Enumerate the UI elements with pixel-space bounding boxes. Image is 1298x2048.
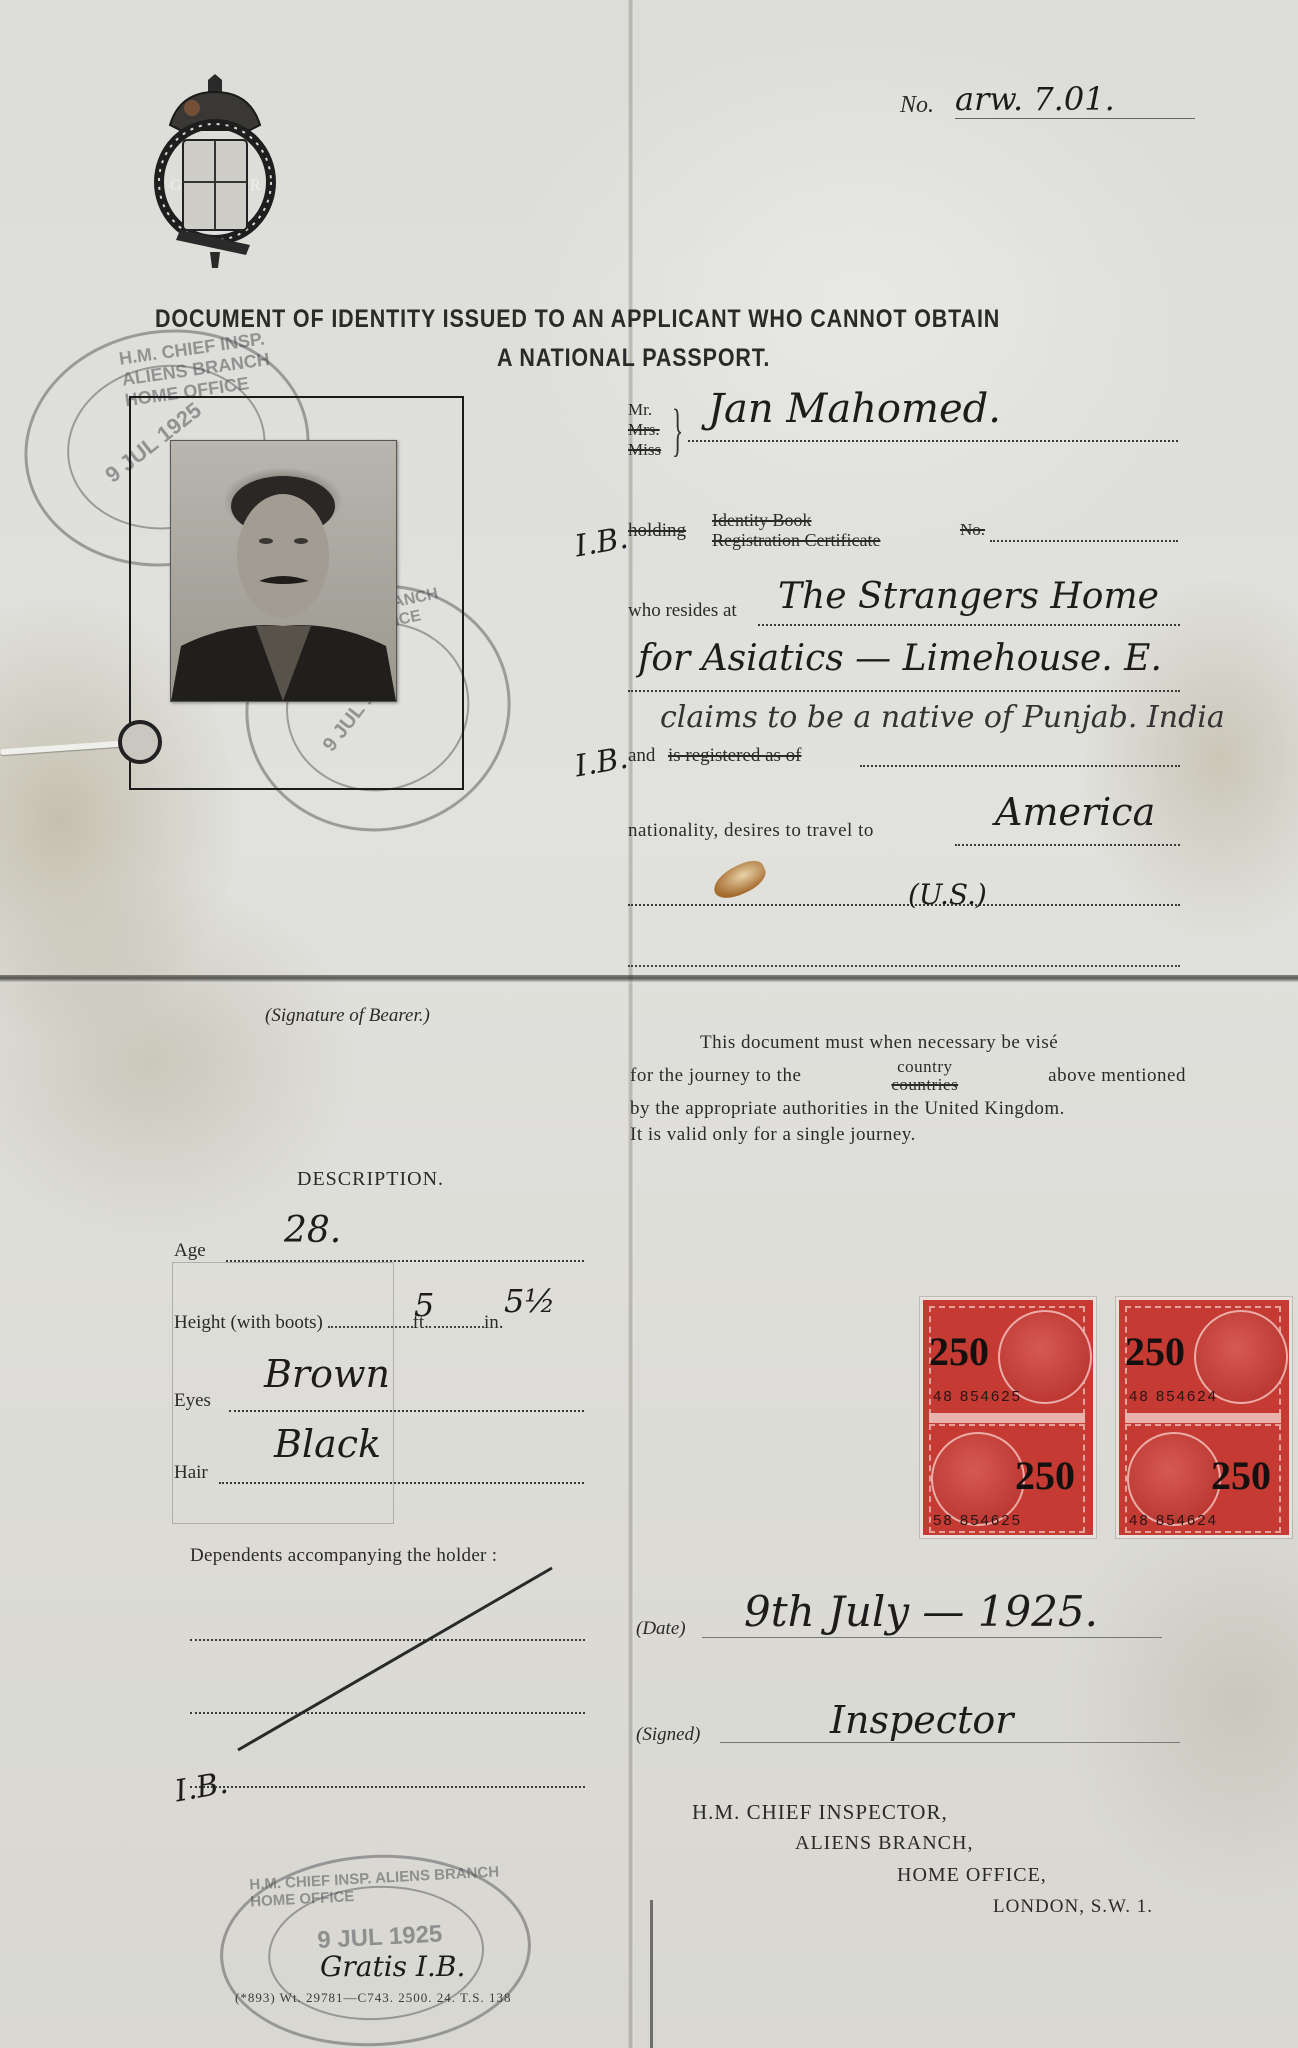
issuer-line-2: ALIENS BRANCH, bbox=[795, 1832, 973, 1855]
print-code: (*893) Wt. 29781—C743. 2500. 24. T.S. 13… bbox=[235, 1990, 511, 2006]
dependents-line-3 bbox=[190, 1772, 585, 1788]
holding-identity-book: Identity Book bbox=[712, 510, 880, 530]
resides-label: who resides at bbox=[628, 600, 737, 622]
age-label: Age bbox=[174, 1240, 206, 1261]
blank-line bbox=[628, 965, 1180, 967]
notice-line-4: It is valid only for a single journey. bbox=[630, 1122, 1186, 1148]
holding-label: holding bbox=[628, 520, 686, 542]
date-value: 9th July — 1925. bbox=[744, 1587, 1098, 1636]
notice-line-2-pre: for the journey to the bbox=[630, 1063, 801, 1089]
and-label: and bbox=[628, 745, 655, 767]
age-value: 28. bbox=[284, 1210, 341, 1251]
signature-of-bearer-label: (Signature of Bearer.) bbox=[265, 1005, 430, 1027]
dependents-strike-line bbox=[230, 1560, 560, 1760]
destination-note: (U.S.) bbox=[908, 878, 987, 911]
height-ft-value: 5 bbox=[414, 1286, 434, 1324]
stamp-1-serial-bottom: 58 854625 bbox=[933, 1512, 1022, 1529]
document-title-line2: A NATIONAL PASSPORT. bbox=[497, 344, 770, 373]
svg-text:R: R bbox=[250, 177, 261, 194]
svg-text:G: G bbox=[170, 177, 182, 194]
address-line-1: The Strangers Home bbox=[758, 602, 1180, 626]
signed-label: (Signed) bbox=[636, 1724, 700, 1746]
validity-notice: This document must when necessary be vis… bbox=[630, 1030, 1186, 1148]
height-in-value: 5½ bbox=[504, 1282, 555, 1320]
signed-line: Inspector bbox=[720, 1742, 1180, 1743]
stamp-2-serial-bottom: 48 854624 bbox=[1129, 1512, 1218, 1529]
destination-line: America bbox=[955, 822, 1180, 846]
nationality-label: nationality, desires to travel to bbox=[628, 820, 874, 842]
holding-no-label: No. bbox=[960, 520, 985, 540]
destination-value: America bbox=[995, 790, 1155, 834]
notice-country-inserted: country bbox=[897, 1058, 952, 1076]
signed-value: Inspector bbox=[830, 1698, 1013, 1742]
name-line: Jan Mahomed. bbox=[688, 412, 1178, 442]
registered-line bbox=[860, 745, 1180, 767]
notice-line-1: This document must when necessary be vis… bbox=[630, 1030, 1186, 1056]
holding-registration-certificate: Registration Certificate bbox=[712, 530, 880, 550]
salutation-miss: Miss bbox=[628, 440, 661, 460]
address-line-2: for Asiatics — Limehouse. E. bbox=[628, 668, 1180, 692]
holding-options: Identity Book Registration Certificate bbox=[712, 510, 880, 550]
document-number-value: arw. 7.01. bbox=[955, 80, 1195, 119]
notice-line-2-post: above mentioned bbox=[1048, 1063, 1186, 1089]
notice-country-choice: country countries bbox=[891, 1058, 958, 1094]
stamp-1-serial-top: 48 854625 bbox=[933, 1388, 1022, 1405]
in-label: in. bbox=[484, 1312, 504, 1333]
binding-grommet-icon bbox=[118, 720, 162, 764]
faint-box-outline bbox=[172, 1262, 394, 1524]
revenue-stamp-1: 250 250 48 854625 58 854625 bbox=[920, 1297, 1096, 1538]
issuer-line-4: LONDON, S.W. 1. bbox=[993, 1896, 1153, 1918]
address-value-1: The Strangers Home bbox=[778, 576, 1159, 617]
salutation-mrs: Mrs. bbox=[628, 420, 661, 440]
holding-no-line bbox=[990, 520, 1178, 542]
issuer-line-3: HOME OFFICE, bbox=[897, 1864, 1047, 1887]
gratis-note: Gratis I.B. bbox=[320, 1950, 465, 1983]
document-number-label: No. bbox=[900, 92, 934, 119]
stamp-1-bottom-value: 250 bbox=[1015, 1452, 1075, 1499]
date-label: (Date) bbox=[636, 1618, 686, 1640]
salutation-list: Mr. Mrs. Miss bbox=[628, 400, 661, 460]
bearer-photo bbox=[170, 440, 397, 702]
notice-line-3: by the appropriate authorities in the Un… bbox=[630, 1096, 1186, 1122]
royal-coat-of-arms-icon: G R bbox=[150, 70, 280, 270]
notice-line-2: for the journey to the country countries… bbox=[630, 1056, 1186, 1096]
date-line: 9th July — 1925. bbox=[702, 1637, 1162, 1638]
notice-countries-struck: countries bbox=[891, 1076, 958, 1094]
stamp-2-serial-top: 48 854624 bbox=[1129, 1388, 1218, 1405]
salutation-mr: Mr. bbox=[628, 400, 661, 420]
stamp-1-top-value: 250 bbox=[929, 1328, 989, 1375]
stamp-2-bottom-value: 250 bbox=[1211, 1452, 1271, 1499]
description-heading: DESCRIPTION. bbox=[297, 1168, 444, 1191]
registered-label: is registered as of bbox=[668, 745, 801, 767]
horizontal-fold bbox=[0, 975, 1298, 983]
description-age-row: Age 28. bbox=[174, 1240, 584, 1262]
revenue-stamp-2: 250 250 48 854624 48 854624 bbox=[1116, 1297, 1292, 1538]
salutation-brace: } bbox=[672, 400, 683, 460]
holder-name: Jan Mahomed. bbox=[708, 386, 1001, 432]
destination-line-2: (U.S.) bbox=[628, 882, 1180, 906]
address-value-2: for Asiatics — Limehouse. E. bbox=[638, 638, 1162, 679]
stamp-2-top-value: 250 bbox=[1125, 1328, 1185, 1375]
lower-tear bbox=[650, 1900, 653, 2048]
issuer-line-1: H.M. CHIEF INSPECTOR, bbox=[692, 1800, 948, 1825]
native-note: claims to be a native of Punjab. India bbox=[660, 700, 1225, 735]
